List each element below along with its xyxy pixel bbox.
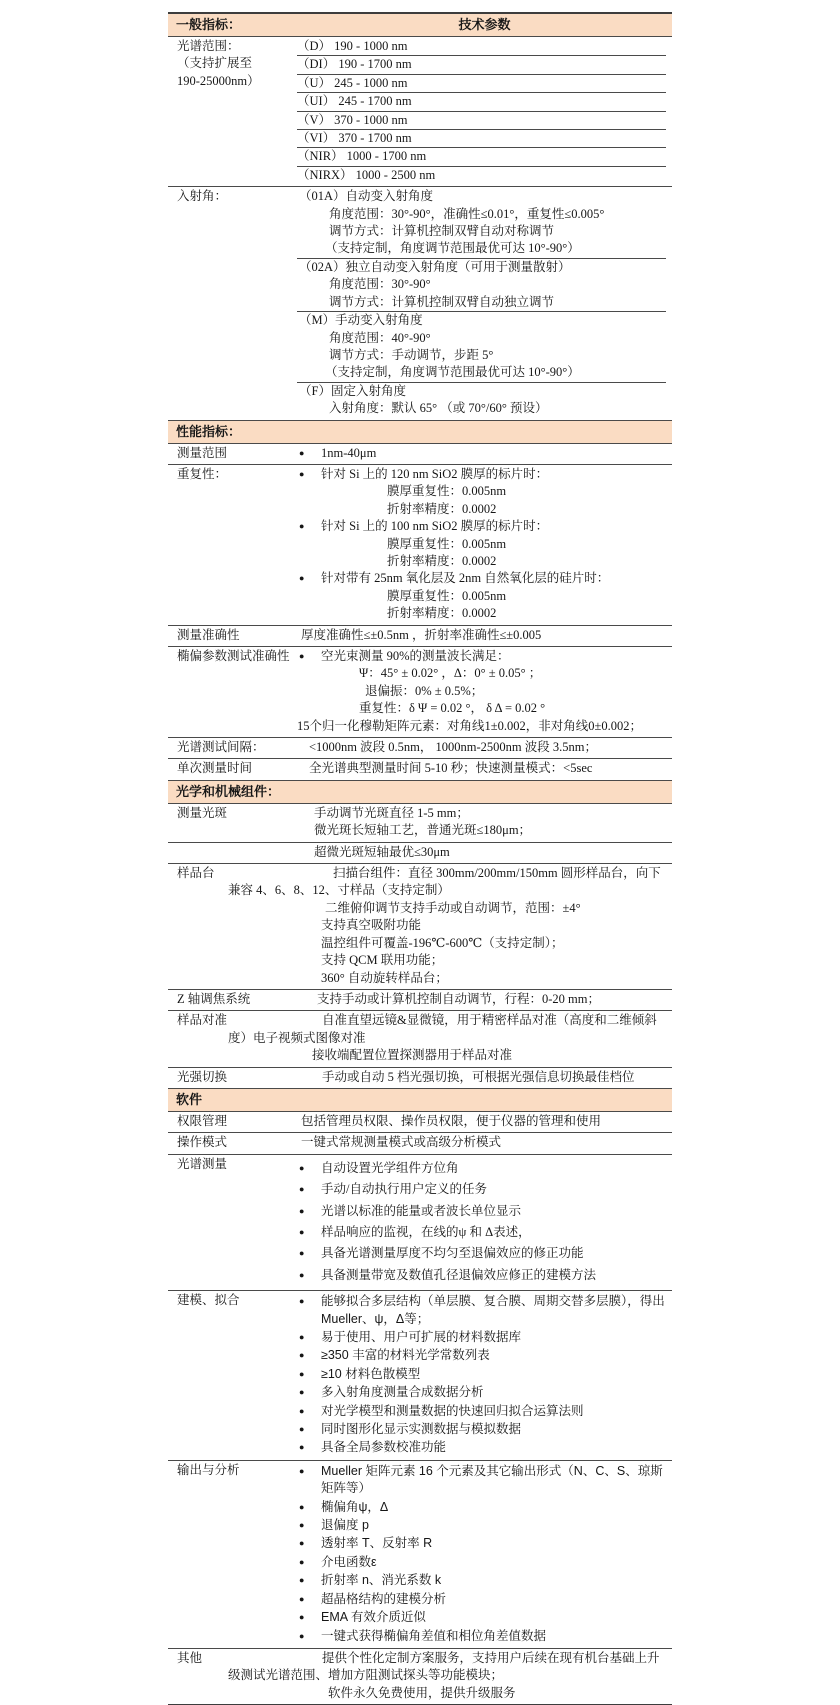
spec-line: ●透射率 T、反射率 R [297,1535,666,1552]
spec-line: ●自动设置光学组件方位角 [297,1160,666,1177]
spec-row: 椭偏参数测试准确性●空光束测量 90%的测量波长满足：Ψ：45° ± 0.02°… [168,646,672,737]
row-label: 样品台 [177,865,294,882]
bullet-icon: ● [297,648,321,665]
spec-line: 角度范围：30°-90°，准确性≤0.01°，重复性≤0.005° [297,206,666,223]
spec-line: 提供个性化定制方案服务，支持用户后续在现有机台基础上升级测试光谱范围、增加方阻测… [228,1650,668,1685]
spec-row: 权限管理包括管理员权限、操作员权限，便于仪器的管理和使用 [168,1111,672,1132]
row-label-line: Z 轴调焦系统 [177,991,294,1008]
spec-line: ●空光束测量 90%的测量波长满足： [297,648,666,665]
content-block: 一键式常规测量模式或高级分析模式 [297,1134,666,1151]
spec-line: 膜厚重复性：0.005nm [297,588,666,605]
content-block: 手动调节光斑直径 1-5 mm；微光斑长短轴工艺，普通光斑≤180μm； [297,805,666,840]
spec-row: 其他提供个性化定制方案服务，支持用户后续在现有机台基础上升级测试光谱范围、增加方… [168,1648,672,1704]
spec-line: 温控组件可覆盖-196℃-600℃（支持定制）； [228,935,668,952]
spec-line: 扫描台组件：直径 300mm/200mm/150mm 圆形样品台，向下兼容 4、… [228,865,668,900]
bullet-icon: ● [297,570,321,587]
row-content: 包括管理员权限、操作员权限，便于仪器的管理和使用 [297,1112,672,1132]
spec-line: 自准直望远镜&显微镜，用于精密样品对准（高度和二维倾斜度）电子视频式图像对准 [228,1012,668,1047]
spec-row: 建模、拟合●能够拟合多层结构（单层膜、复合膜、周期交替多层膜），得出 Muell… [168,1290,672,1460]
spec-row: 光强切换手动或自动 5 档光强切换，可根据光强信息切换最佳档位 [168,1067,672,1088]
spec-text: 具备全局参数校准功能 [321,1439,446,1456]
spec-line: 全光谱典型测量时间 5-10 秒；快速测量模式：<5sec [297,760,666,777]
row-label: 光谱测试间隔： [177,739,294,756]
spec-line: ●EMA 有效介质近似 [297,1609,666,1626]
spec-line: ●一键式获得椭偏角差值和相位角差值数据 [297,1628,666,1645]
spec-row: 输出与分析●Mueller 矩阵元素 16 个元素及其它输出形式（N、C、S、琼… [168,1460,672,1648]
bullet-icon: ● [297,1439,321,1456]
spec-text: 多入射角度测量合成数据分析 [321,1384,484,1401]
content-block: 手动或自动 5 档光强切换，可根据光强信息切换最佳档位 [297,1069,666,1086]
row-label: 建模、拟合 [177,1292,294,1309]
spec-row: 入射角：（01A）自动变入射角度角度范围：30°-90°，准确性≤0.01°，重… [168,186,672,419]
content-block: 支持手动或计算机控制自动调节，行程：0-20 mm； [297,991,666,1008]
row-content: 扫描台组件：直径 300mm/200mm/150mm 圆形样品台，向下兼容 4、… [228,864,672,989]
spec-line: 角度范围：30°-90° [297,276,666,293]
bullet-icon: ● [297,1572,321,1589]
spec-line: ●具备测量带宽及数值孔径退偏效应修正的建模方法 [297,1267,666,1284]
spec-text: 一键式获得椭偏角差值和相位角差值数据 [321,1628,546,1645]
row-content: 支持手动或计算机控制自动调节，行程：0-20 mm； [297,990,672,1010]
spec-line: ●退偏度 p [297,1517,666,1534]
bullet-icon: ● [297,1499,321,1516]
spec-row: 测量准确性厚度准确性≤±0.5nm ，折射率准确性≤±0.005 [168,625,672,646]
content-block: 超微光斑短轴最优≤30μm [297,844,666,861]
spec-line: 角度范围：40°-90° [297,330,666,347]
spec-line: 重复性：δ Ψ = 0.02 °， δ Δ = 0.02 ° [297,700,666,717]
content-block: （02A）独立自动变入射角度（可用于测量散射）角度范围：30°-90°调节方式：… [297,258,666,311]
row-label-line: 建模、拟合 [177,1292,294,1309]
row-label-line: 测量范围 [177,445,294,462]
section-title: 一般指标： [176,14,241,36]
row-label: 测量光斑 [177,805,294,822]
spec-line: （U） 245 - 1000 nm [297,75,666,92]
spec-row: 单次测量时间全光谱典型测量时间 5-10 秒；快速测量模式：<5sec [168,758,672,779]
row-label: 光谱范围：（支持扩展至190-25000nm） [177,38,294,90]
spec-text: 椭偏角ψ，Δ [321,1499,388,1516]
content-block: （VI） 370 - 1700 nm [297,129,666,147]
spec-text: ≥10 材料色散模型 [321,1366,420,1383]
spec-line: 退偏振：0% ± 0.5%； [297,683,666,700]
row-label-line: 权限管理 [177,1113,294,1130]
bullet-icon: ● [297,1366,321,1383]
row-label-line: 操作模式 [177,1134,294,1151]
content-block: 自准直望远镜&显微镜，用于精密样品对准（高度和二维倾斜度）电子视频式图像对准接收… [228,1012,668,1064]
row-label-line: 椭偏参数测试准确性 [177,648,294,665]
bullet-icon: ● [297,1329,321,1346]
spec-table: 一般指标：技术参数光谱范围：（支持扩展至190-25000nm）（D） 190 … [168,12,672,1705]
spec-line: 超微光斑短轴最优≤30μm [297,844,666,861]
bullet-icon: ● [297,1203,321,1220]
row-content: 超微光斑短轴最优≤30μm [297,843,672,863]
row-label: 重复性： [177,466,294,483]
section-header-row: 软件 [168,1088,672,1111]
spec-text: 光谱以标准的能量或者波长单位显示 [321,1203,521,1220]
content-block: （01A）自动变入射角度角度范围：30°-90°，准确性≤0.01°，重复性≤0… [297,188,666,258]
content-block: ●空光束测量 90%的测量波长满足：Ψ：45° ± 0.02° ，Δ：0° ± … [297,648,666,735]
spec-row: 光谱测试间隔：<1000nm 波段 0.5nm， 1000nm-2500nm 波… [168,737,672,758]
spec-line: ●Mueller 矩阵元素 16 个元素及其它输出形式（N、C、S、琼斯矩阵等） [297,1463,666,1498]
spec-line: 包括管理员权限、操作员权限，便于仪器的管理和使用 [297,1113,666,1130]
spec-line: ●介电函数ε [297,1554,666,1571]
spec-line: ●手动/自动执行用户定义的任务 [297,1181,666,1198]
spec-line: 折射率精度：0.0002 [297,501,666,518]
spec-line: 调节方式：计算机控制双臂自动独立调节 [297,294,666,311]
spec-row: 操作模式一键式常规测量模式或高级分析模式 [168,1132,672,1153]
spec-line: ●具备光谱测量厚度不均匀至退偏效应的修正功能 [297,1245,666,1262]
spec-text: 介电函数ε [321,1554,377,1571]
row-label-line: 其他 [177,1650,294,1667]
row-content: 厚度准确性≤±0.5nm ，折射率准确性≤±0.005 [297,626,672,646]
content-block: （DI） 190 - 1700 nm [297,55,666,73]
spec-line: ●≥10 材料色散模型 [297,1366,666,1383]
spec-row: 测量范围●1nm-40μm [168,443,672,464]
section-header-row: 性能指标： [168,420,672,443]
spec-row: 测量光斑手动调节光斑直径 1-5 mm；微光斑长短轴工艺，普通光斑≤180μm； [168,803,672,842]
row-label-line: 测量光斑 [177,805,294,822]
spec-line: 调节方式：手动调节，步距 5° [297,347,666,364]
spec-text: 透射率 T、反射率 R [321,1535,432,1552]
row-content: ●空光束测量 90%的测量波长满足：Ψ：45° ± 0.02° ，Δ：0° ± … [297,647,672,737]
spec-text: 同时图形化显示实测数据与模拟数据 [321,1421,521,1438]
row-label-line: 190-25000nm） [177,73,294,90]
row-label: 测量范围 [177,445,294,462]
content-block: （D） 190 - 1000 nm [297,38,666,55]
spec-row: 光谱测量●自动设置光学组件方位角●手动/自动执行用户定义的任务●光谱以标准的能量… [168,1154,672,1290]
spec-line: 二维俯仰调节支持手动或自动调节，范围：±4° [228,900,668,917]
spec-line: ●针对 Si 上的 120 nm SiO2 膜厚的标片时： [297,466,666,483]
content-block: ●1nm-40μm [297,445,666,462]
spec-line: 厚度准确性≤±0.5nm ，折射率准确性≤±0.005 [297,627,666,644]
row-label-line: 光谱测量 [177,1156,294,1173]
row-label: 样品对准 [177,1012,294,1029]
content-block: 全光谱典型测量时间 5-10 秒；快速测量模式：<5sec [297,760,666,777]
row-label-line: 重复性： [177,466,294,483]
row-content: 手动调节光斑直径 1-5 mm；微光斑长短轴工艺，普通光斑≤180μm； [297,804,672,842]
row-label-line: 单次测量时间 [177,760,294,777]
content-block: 厚度准确性≤±0.5nm ，折射率准确性≤±0.005 [297,627,666,644]
row-content: （D） 190 - 1000 nm（DI） 190 - 1700 nm（U） 2… [297,37,672,186]
spec-text: 空光束测量 90%的测量波长满足： [321,648,510,665]
spec-line: ●针对 Si 上的 100 nm SiO2 膜厚的标片时： [297,518,666,535]
section-header-row: 一般指标：技术参数 [168,14,672,36]
spec-line: 调节方式：计算机控制双臂自动对称调节 [297,223,666,240]
row-content: <1000nm 波段 0.5nm， 1000nm-2500nm 波段 3.5nm… [297,738,672,758]
row-content: ●Mueller 矩阵元素 16 个元素及其它输出形式（N、C、S、琼斯矩阵等）… [297,1461,672,1648]
content-block: （V） 370 - 1000 nm [297,111,666,129]
spec-row: 样品对准自准直望远镜&显微镜，用于精密样品对准（高度和二维倾斜度）电子视频式图像… [168,1010,672,1066]
row-label: 输出与分析 [177,1462,294,1479]
spec-line: <1000nm 波段 0.5nm， 1000nm-2500nm 波段 3.5nm… [297,739,666,756]
row-label: 其他 [177,1650,294,1667]
spec-line: ●易于使用、用户可扩展的材料数据库 [297,1329,666,1346]
spec-text: 样品响应的监视，在线的ψ 和 Δ表述， [321,1224,531,1241]
spec-line: （V） 370 - 1000 nm [297,112,666,129]
bullet-icon: ● [297,1591,321,1608]
row-label-line: 入射角： [177,188,294,205]
row-label: 椭偏参数测试准确性 [177,648,294,665]
spec-line: ●多入射角度测量合成数据分析 [297,1384,666,1401]
spec-line: （M）手动变入射角度 [297,312,666,329]
content-block: ●Mueller 矩阵元素 16 个元素及其它输出形式（N、C、S、琼斯矩阵等）… [297,1463,666,1645]
spec-line: ●同时图形化显示实测数据与模拟数据 [297,1421,666,1438]
spec-row: 超微光斑短轴最优≤30μm [168,842,672,863]
spec-line: 手动或自动 5 档光强切换，可根据光强信息切换最佳档位 [297,1069,666,1086]
row-label: 入射角： [177,188,294,205]
row-label-line: 样品对准 [177,1012,294,1029]
spec-line: 支持真空吸附功能 [228,917,668,934]
row-label-line: 光强切换 [177,1069,294,1086]
spec-text: 退偏度 p [321,1517,369,1534]
row-label-line: 光谱范围： [177,38,294,55]
row-content: 手动或自动 5 档光强切换，可根据光强信息切换最佳档位 [297,1068,672,1088]
spec-text: 具备测量带宽及数值孔径退偏效应修正的建模方法 [321,1267,596,1284]
spec-line: （NIRX） 1000 - 2500 nm [297,167,666,184]
row-content: ●能够拟合多层结构（单层膜、复合膜、周期交替多层膜），得出 Mueller、ψ，… [297,1291,672,1460]
spec-text: Mueller 矩阵元素 16 个元素及其它输出形式（N、C、S、琼斯矩阵等） [321,1463,666,1498]
row-label: 光谱测量 [177,1156,294,1173]
spec-text: 超晶格结构的建模分析 [321,1591,446,1608]
row-label-line: （支持扩展至 [177,55,294,72]
row-label: 光强切换 [177,1069,294,1086]
bullet-icon: ● [297,1384,321,1401]
spec-line: 微光斑长短轴工艺，普通光斑≤180μm； [297,822,666,839]
row-label: 操作模式 [177,1134,294,1151]
spec-line: 折射率精度：0.0002 [297,605,666,622]
spec-line: （02A）独立自动变入射角度（可用于测量散射） [297,259,666,276]
spec-line: 软件永久免费使用，提供升级服务 [228,1685,668,1702]
spec-row: 重复性：●针对 Si 上的 120 nm SiO2 膜厚的标片时：膜厚重复性：0… [168,464,672,625]
spec-line: ●超晶格结构的建模分析 [297,1591,666,1608]
spec-line: ●折射率 n、消光系数 k [297,1572,666,1589]
spec-text: 能够拟合多层结构（单层膜、复合膜、周期交替多层膜），得出 Mueller、ψ，Δ… [321,1293,666,1328]
spec-text: 针对 Si 上的 120 nm SiO2 膜厚的标片时： [321,466,548,483]
row-label-line: 光谱测试间隔： [177,739,294,756]
spec-text: 针对带有 25nm 氧化层及 2nm 自然氧化层的硅片时： [321,570,609,587]
spec-text: 具备光谱测量厚度不均匀至退偏效应的修正功能 [321,1245,584,1262]
spec-text: 易于使用、用户可扩展的材料数据库 [321,1329,521,1346]
spec-line: ●≥350 丰富的材料光学常数列表 [297,1347,666,1364]
spec-line: ●1nm-40μm [297,445,666,462]
spec-line: 一键式常规测量模式或高级分析模式 [297,1134,666,1151]
content-block: 扫描台组件：直径 300mm/200mm/150mm 圆形样品台，向下兼容 4、… [228,865,668,987]
spec-text: 折射率 n、消光系数 k [321,1572,441,1589]
spec-text: EMA 有效介质近似 [321,1609,426,1626]
section-title: 性能指标： [176,421,241,443]
spec-line: ●具备全局参数校准功能 [297,1439,666,1456]
content-block: （NIRX） 1000 - 2500 nm [297,166,666,184]
spec-line: （UI） 245 - 1700 nm [297,93,666,110]
row-label: 权限管理 [177,1113,294,1130]
spec-text: 对光学模型和测量数据的快速回归拟合运算法则 [321,1403,584,1420]
spec-line: （支持定制，角度调节范围最优可达 10°-90°） [297,364,666,381]
bullet-icon: ● [297,1609,321,1626]
bullet-icon: ● [297,1224,321,1241]
bullet-icon: ● [297,1245,321,1262]
content-block: （NIR） 1000 - 1700 nm [297,147,666,165]
spec-line: ●椭偏角ψ，Δ [297,1499,666,1516]
row-content: 一键式常规测量模式或高级分析模式 [297,1133,672,1153]
content-block: （UI） 245 - 1700 nm [297,92,666,110]
row-content: ●针对 Si 上的 120 nm SiO2 膜厚的标片时：膜厚重复性：0.005… [297,465,672,625]
spec-line: Ψ：45° ± 0.02° ，Δ：0° ± 0.05° ； [297,665,666,682]
bullet-icon: ● [297,1554,321,1571]
spec-line: （F）固定入射角度 [297,383,666,400]
row-label: Z 轴调焦系统 [177,991,294,1008]
row-label: 测量准确性 [177,627,294,644]
bullet-icon: ● [297,1421,321,1438]
bullet-icon: ● [297,1267,321,1284]
spec-line: 接收端配置位置探测器用于样品对准 [228,1047,668,1064]
row-label: 单次测量时间 [177,760,294,777]
row-content: 全光谱典型测量时间 5-10 秒；快速测量模式：<5sec [297,759,672,779]
section-title: 软件 [176,1089,202,1111]
row-content: ●1nm-40μm [297,444,672,464]
spec-line: ●能够拟合多层结构（单层膜、复合膜、周期交替多层膜），得出 Mueller、ψ，… [297,1293,666,1328]
bullet-icon: ● [297,518,321,535]
spec-text: 1nm-40μm [321,445,376,462]
content-block: ●自动设置光学组件方位角●手动/自动执行用户定义的任务●光谱以标准的能量或者波长… [297,1160,666,1284]
spec-line: 360° 自动旋转样品台； [228,970,668,987]
spec-line: 折射率精度：0.0002 [297,553,666,570]
content-block: ●能够拟合多层结构（单层膜、复合膜、周期交替多层膜），得出 Mueller、ψ，… [297,1293,666,1457]
spec-line: ●对光学模型和测量数据的快速回归拟合运算法则 [297,1403,666,1420]
row-label-line: 输出与分析 [177,1462,294,1479]
spec-row: 光谱范围：（支持扩展至190-25000nm）（D） 190 - 1000 nm… [168,36,672,186]
spec-line: 支持 QCM 联用功能； [228,952,668,969]
spec-line: ●光谱以标准的能量或者波长单位显示 [297,1203,666,1220]
content-block: （F）固定入射角度入射角度：默认 65° （或 70°/60° 预设） [297,382,666,418]
section-title: 光学和机械组件： [176,781,280,803]
content-block: ●针对 Si 上的 120 nm SiO2 膜厚的标片时：膜厚重复性：0.005… [297,466,666,623]
spec-line: （VI） 370 - 1700 nm [297,130,666,147]
content-block: （U） 245 - 1000 nm [297,74,666,92]
bullet-icon: ● [297,1181,321,1198]
content-block: <1000nm 波段 0.5nm， 1000nm-2500nm 波段 3.5nm… [297,739,666,756]
row-content: 自准直望远镜&显微镜，用于精密样品对准（高度和二维倾斜度）电子视频式图像对准接收… [228,1011,672,1066]
spec-line: （DI） 190 - 1700 nm [297,56,666,73]
section-header-row: 光学和机械组件： [168,780,672,803]
bullet-icon: ● [297,1347,321,1364]
content-block: 包括管理员权限、操作员权限，便于仪器的管理和使用 [297,1113,666,1130]
spec-line: 入射角度：默认 65° （或 70°/60° 预设） [297,400,666,417]
bullet-icon: ● [297,1517,321,1534]
spec-row: Z 轴调焦系统支持手动或计算机控制自动调节，行程：0-20 mm； [168,989,672,1010]
content-block: 提供个性化定制方案服务，支持用户后续在现有机台基础上升级测试光谱范围、增加方阻测… [228,1650,668,1702]
spec-line: （D） 190 - 1000 nm [297,38,666,55]
row-content: ●自动设置光学组件方位角●手动/自动执行用户定义的任务●光谱以标准的能量或者波长… [297,1155,672,1290]
spec-text: 自动设置光学组件方位角 [321,1160,459,1177]
spec-text: 针对 Si 上的 100 nm SiO2 膜厚的标片时： [321,518,548,535]
row-label-line: 样品台 [177,865,294,882]
spec-line: ●样品响应的监视，在线的ψ 和 Δ表述， [297,1224,666,1241]
spec-row: 样品台扫描台组件：直径 300mm/200mm/150mm 圆形样品台，向下兼容… [168,863,672,989]
column-header: 技术参数 [297,14,672,36]
spec-line: （支持定制，角度调节范围最优可达 10°-90°） [297,240,666,257]
spec-line: 15个归一化穆勒矩阵元素：对角线1±0.002，非对角线0±0.002； [297,718,666,735]
spec-line: （NIR） 1000 - 1700 nm [297,148,666,165]
bullet-icon: ● [297,1160,321,1177]
bullet-icon: ● [297,1628,321,1645]
row-content: 提供个性化定制方案服务，支持用户后续在现有机台基础上升级测试光谱范围、增加方阻测… [228,1649,672,1704]
bullet-icon: ● [297,1293,321,1328]
row-content: （01A）自动变入射角度角度范围：30°-90°，准确性≤0.01°，重复性≤0… [297,187,672,419]
spec-line: 膜厚重复性：0.005nm [297,536,666,553]
bullet-icon: ● [297,1535,321,1552]
spec-line: 支持手动或计算机控制自动调节，行程：0-20 mm； [297,991,666,1008]
bullet-icon: ● [297,1463,321,1498]
content-block: （M）手动变入射角度角度范围：40°-90°调节方式：手动调节，步距 5°（支持… [297,311,666,382]
spec-line: （01A）自动变入射角度 [297,188,666,205]
spec-line: ●针对带有 25nm 氧化层及 2nm 自然氧化层的硅片时： [297,570,666,587]
spec-line: 膜厚重复性：0.005nm [297,483,666,500]
bullet-icon: ● [297,1403,321,1420]
bullet-icon: ● [297,466,321,483]
bullet-icon: ● [297,445,321,462]
row-label-line: 测量准确性 [177,627,294,644]
spec-text: ≥350 丰富的材料光学常数列表 [321,1347,490,1364]
spec-line: 手动调节光斑直径 1-5 mm； [297,805,666,822]
spec-text: 手动/自动执行用户定义的任务 [321,1181,487,1198]
